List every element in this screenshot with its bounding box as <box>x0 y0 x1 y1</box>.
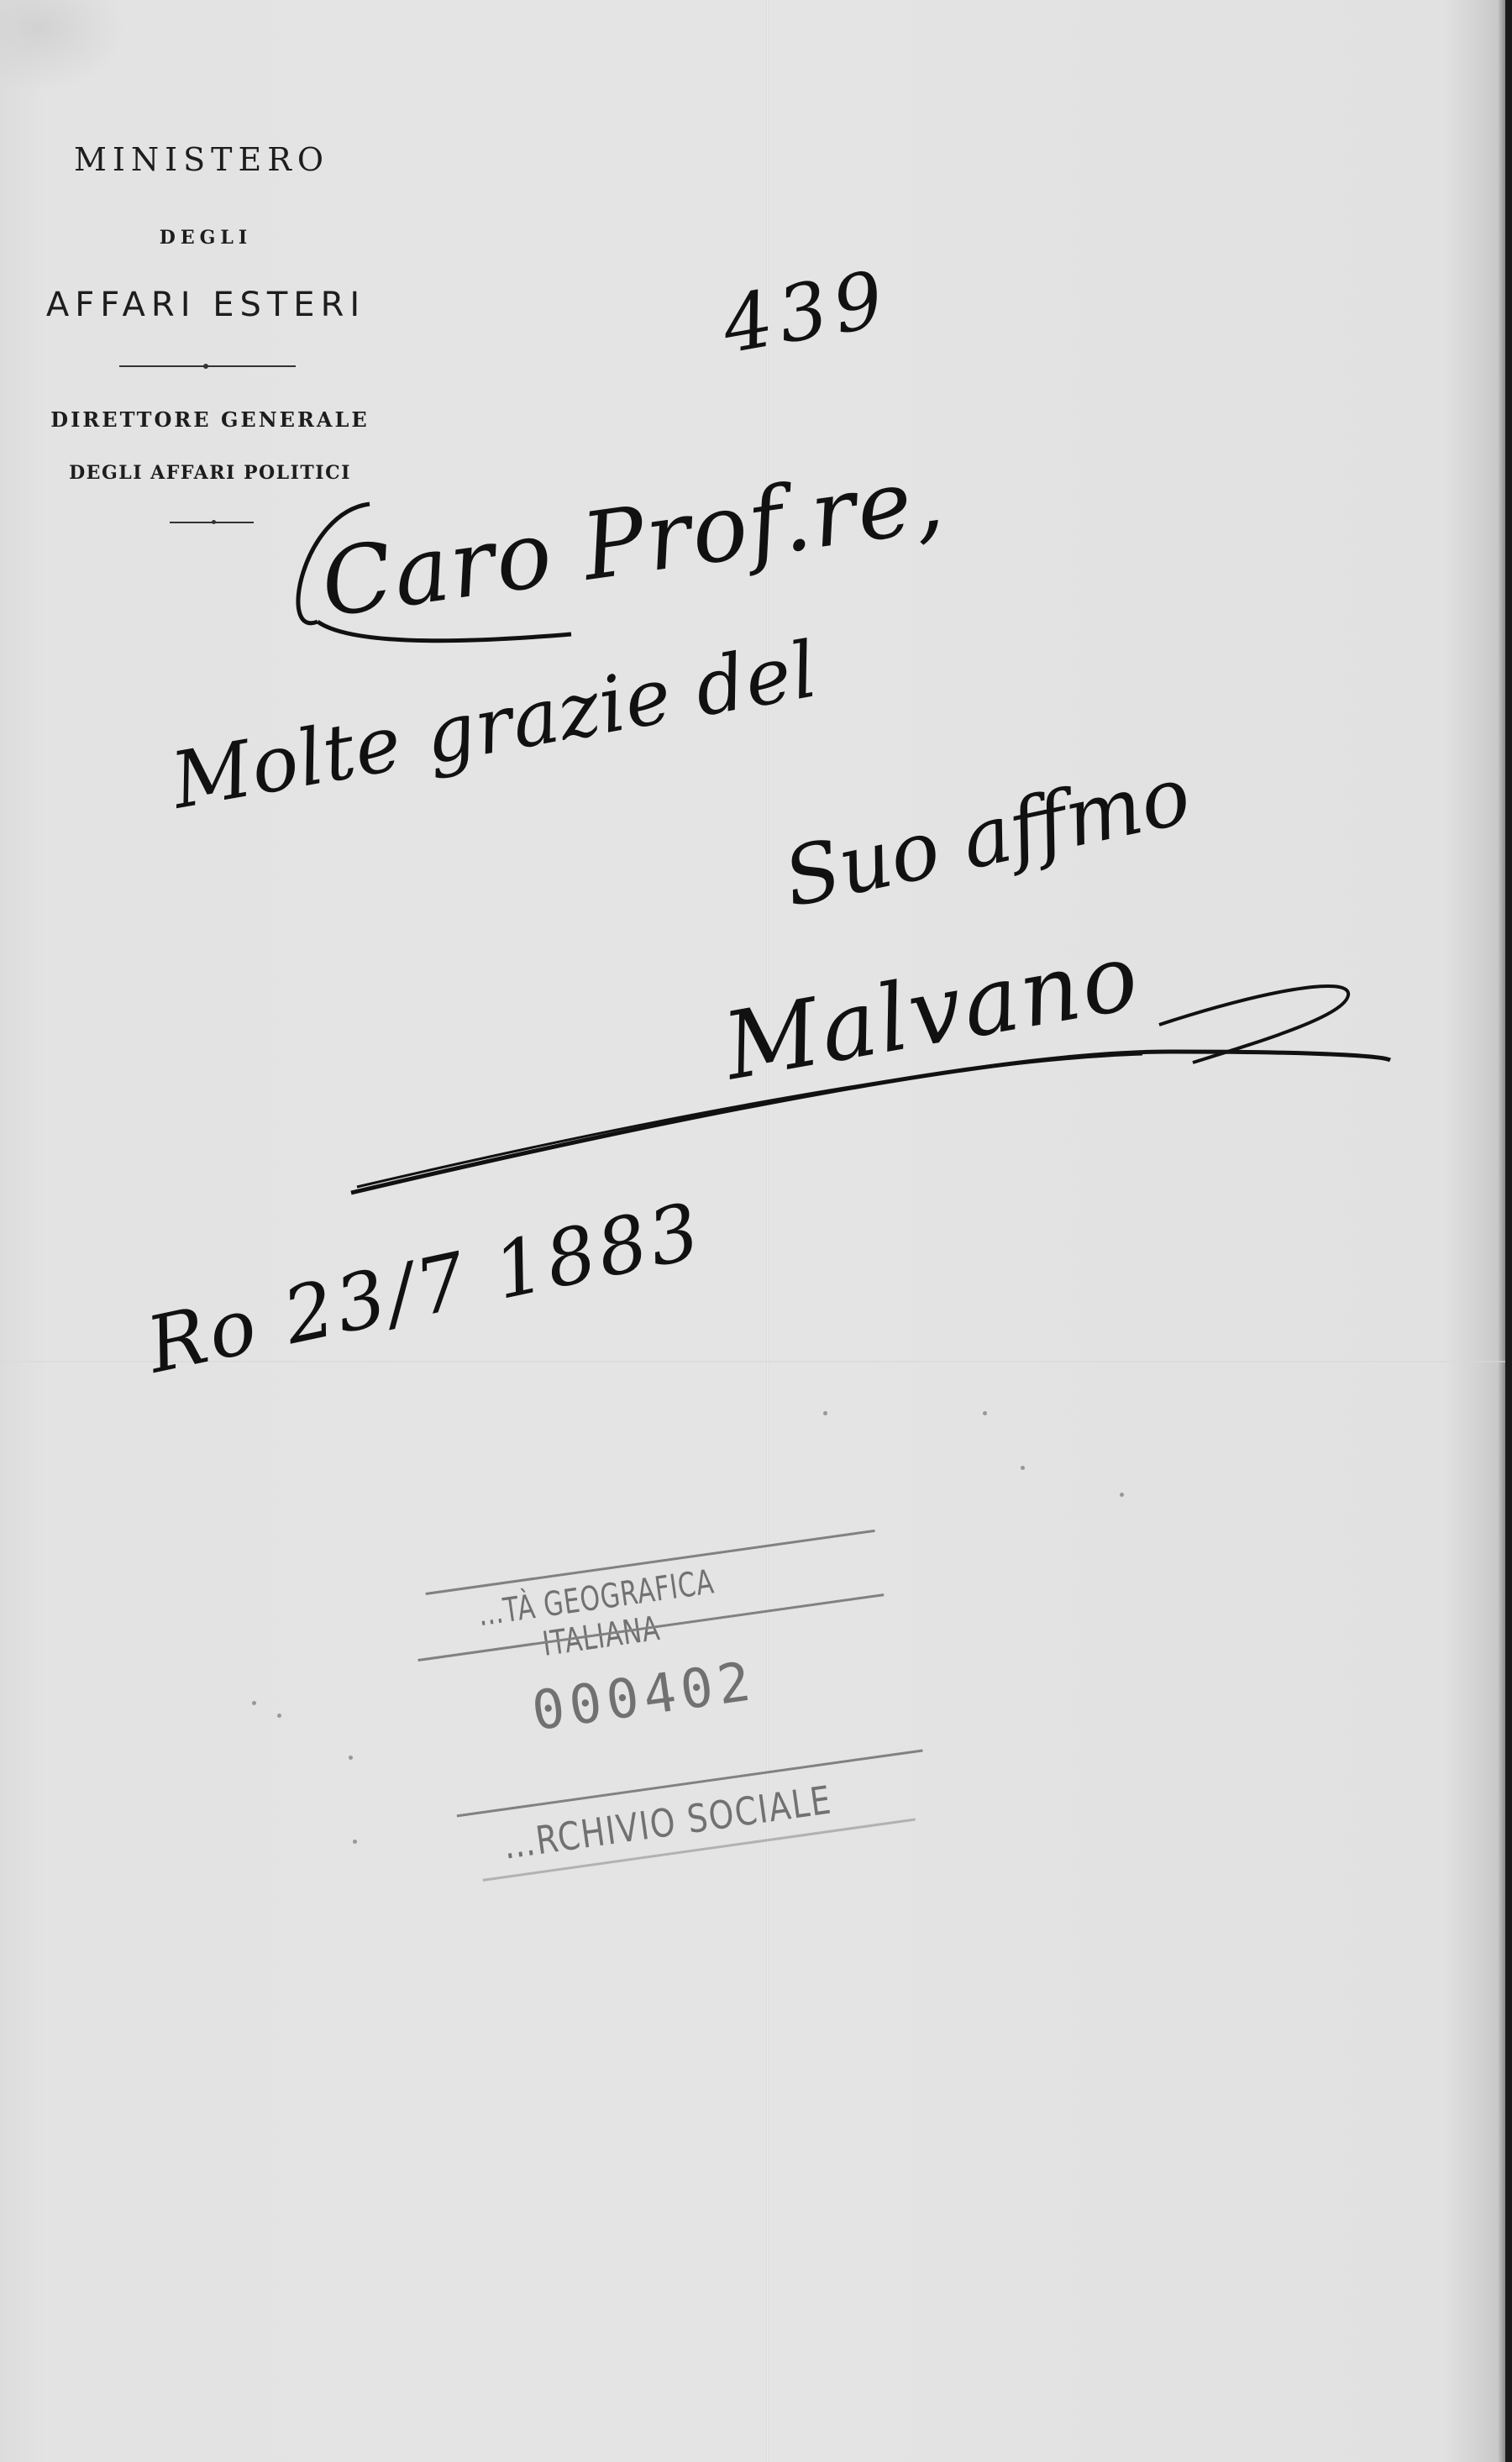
ink-speck <box>823 1411 827 1415</box>
ink-speck <box>1120 1493 1124 1497</box>
letterhead-affari-esteri: AFFARI ESTERI <box>8 286 403 324</box>
ink-speck <box>277 1714 281 1718</box>
letterhead-direttore-generale: DIRETTORE GENERALE <box>21 407 399 432</box>
ink-speck <box>983 1411 987 1415</box>
salutation: Caro Prof.re, <box>315 444 951 638</box>
stamp-archive-number: 000402 <box>515 1649 773 1745</box>
ink-speck <box>252 1701 256 1705</box>
letterhead-degli: DEGLI <box>143 227 269 249</box>
stamp-archivio-sociale: …RCHIVIO SOCIALE <box>501 1773 862 1868</box>
closing: Suo affmo <box>776 748 1199 925</box>
letter-page: MINISTERO DEGLI AFFARI ESTERI DIRETTORE … <box>0 0 1505 2462</box>
letterhead-divider <box>119 365 296 367</box>
vertical-fold-line <box>766 0 769 2462</box>
ink-speck <box>349 1756 353 1760</box>
letter-body: Molte grazie del <box>165 624 825 826</box>
signature: Malvano <box>717 922 1148 1101</box>
letterhead-ministero: MINISTERO <box>42 141 361 178</box>
archive-stamp: …TÀ GEOGRAFICA ITALIANA 000402 …RCHIVIO … <box>391 1520 936 1915</box>
corner-smudge <box>0 0 126 92</box>
ink-speck <box>1021 1466 1025 1470</box>
letterhead-divider-small <box>170 522 254 523</box>
reference-number: 439 <box>716 253 896 370</box>
signature-flourish <box>0 0 1505 2462</box>
ink-speck <box>353 1840 357 1844</box>
letterhead-affari-politici: DEGLI AFFARI POLITICI <box>50 462 370 484</box>
